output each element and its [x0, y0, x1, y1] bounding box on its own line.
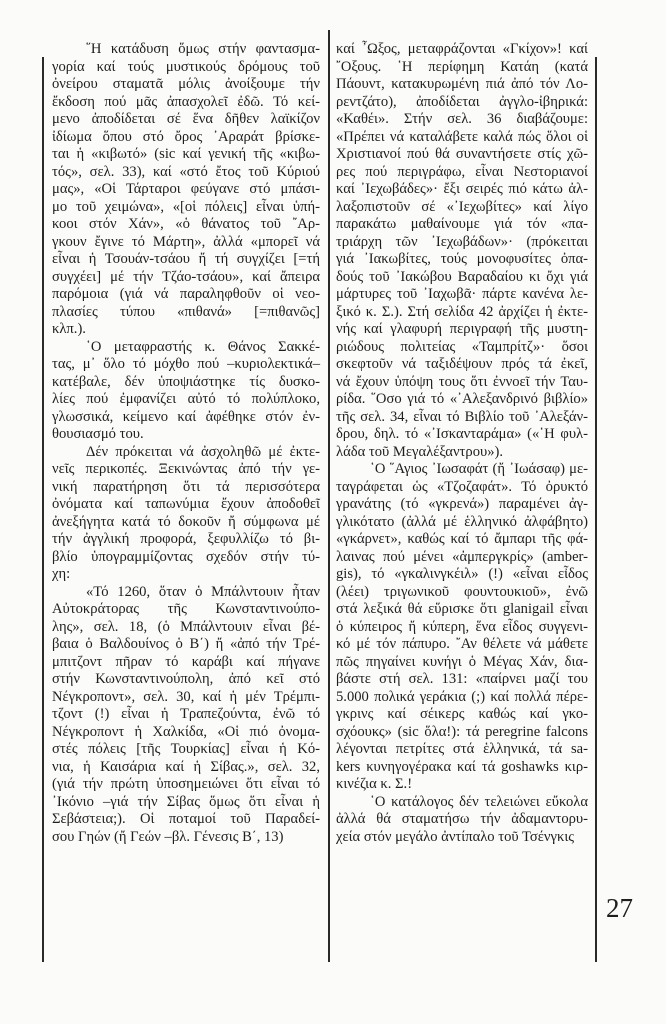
paragraph: ῞Η κατάδυση ὅμως στήν φαντασμα-γορία καί…	[52, 41, 320, 339]
text-line: «Καθέι». Στήν σελ. 36 διαβάζουμε:	[336, 111, 588, 129]
text-line: γλικότατο (ἀλλά μέ ἑλληνικό ἀλφάβητο)	[336, 514, 588, 532]
text-line: μενο ἀποδίδεται σέ ἕνα δῆθεν λαϊκίζον	[52, 111, 320, 129]
text-line: δρου, δηλ. τό «᾿Ισκανταράμα» («῾Η φυλ-	[336, 426, 588, 444]
text-line: τριάρχη τῶν ᾿Ιεχωβάδων»· (πρόκειται	[336, 234, 588, 252]
paragraph: Δέν πρόκειται νά ἀσχοληθῶ μέ ἐκτε-νεῖς π…	[52, 444, 320, 584]
text-line: συγχέει] μέ τήν Τζάο-τσάου», καί ἄπειρα	[52, 269, 320, 287]
text-line: Χριστιανοί πού θά συναντήσετε στίς χῶ-	[336, 146, 588, 164]
paragraph: «Τό 1260, ὅταν ὁ Μπάλντουιν ἦτανΑὐτοκράτ…	[52, 584, 320, 847]
text-line: λαινας πού μένει «ἀμπεργκρίς» (amber-	[336, 549, 588, 567]
text-line: νά ἔχουν ὑπόψη τους ὅτι ἐννοεῖ τήν Ταυ-	[336, 374, 588, 392]
text-line: ὀνείρου σταματᾶ μόλις ἀνοίξουμε τήν	[52, 76, 320, 94]
text-line: ῞Η κατάδυση ὅμως στήν φαντασμα-	[52, 41, 320, 59]
text-line: ται ἡ «κιβωτό» (sic καί γενική τῆς «κιβω…	[52, 146, 320, 164]
text-line: σκεφτοῦν νά ταξιδέψουν πρός τά ἐκεῖ,	[336, 356, 588, 374]
text-line: Σεβάστεια;). Οἱ ποταμοί τοῦ Παραδεί-	[52, 811, 320, 829]
text-line: βάστε στή σελ. 131: «παίρνει μαζί του	[336, 671, 588, 689]
text-line: τας, μ᾿ ὅλο τό μόχθο πού –κυριολεκτικά–	[52, 356, 320, 374]
center-column-rule	[328, 30, 330, 962]
paragraph: ῾Ο κατάλογος δέν τελειώνει εὔκολαἀλλά θά…	[336, 794, 588, 847]
page-number: 27	[606, 893, 633, 924]
right-column: καί ῏Ωξος, μεταφράζονται «Γκίχον»! καί῎Ο…	[336, 41, 588, 846]
text-line: ἀλλά θά σταματήσω τήν ἀδαμαντορυ-	[336, 811, 588, 829]
text-line: χη:	[52, 566, 320, 584]
text-line: kers κυνηγογέρακα καί τά goshawks κιρ-	[336, 759, 588, 777]
text-line: βλίο ὑπογραμμίζοντας σχεδόν στήν τύ-	[52, 549, 320, 567]
text-line: δούς τοῦ ᾿Ιακώβου Βαραδαίου κι ὄχι γιά	[336, 269, 588, 287]
text-line: gis), τό «γκαλινγκέιλ» (!) «εἶναι εἶδος	[336, 566, 588, 584]
text-line: τήν ἀγγλική προφορά, ξεφυλλίζω τό βι-	[52, 531, 320, 549]
text-line: ταγράφεται ὡς «Τζοζαφάτ». Τό ὀρυκτό	[336, 479, 588, 497]
text-line: ῎Οξους. ῾Η περίφημη Κατάη (κατά	[336, 59, 588, 77]
text-line: μο τοῦ χειμώνα», «[οἱ πόλεις] εἶναι ὑπή-	[52, 199, 320, 217]
text-line: ἔκδοση πού μᾶς ἀπασχολεῖ ἐδῶ. Τό κεί-	[52, 94, 320, 112]
text-line: εἶναι ἡ Τσουάν-τσάου ἤ τή συγχίζει [=τή	[52, 251, 320, 269]
text-line: παρόμοια (γιά νά παραληφθοῦν οἱ νεο-	[52, 286, 320, 304]
text-line: καί ᾿Ιεχωβάδες»· ἔξι σειρές πιό κάτω ἀλ-	[336, 181, 588, 199]
text-line: λέγονται πετρίτες στά ἑλληνικά, τά sa-	[336, 741, 588, 759]
text-line: Πάουντ, κατακυρωμένη πιά ἀπό τόν Λο-	[336, 76, 588, 94]
text-line: νεῖς περικοπές. Ξεκινώντας ἀπό τήν γε-	[52, 461, 320, 479]
text-line: λίες πού ἐμφανίζει αὐτό τό πολύπλοκο,	[52, 391, 320, 409]
text-line: κινέζια κ. Σ.!	[336, 776, 588, 794]
text-line: ῾Ο ῞Αγιος ᾿Ιωσαφάτ (ἤ ᾿Ιωάσαφ) με-	[336, 461, 588, 479]
text-line: ξικό κ. Σ.). Στή σελίδα 42 ἀρχίζει ἡ ἐκτ…	[336, 304, 588, 322]
text-line: σχόουκς» (sic ὅλα!): τά peregrine falcon…	[336, 724, 588, 742]
text-line: παρακάτω μαθαίνουμε γιά τόν «πα-	[336, 216, 588, 234]
text-line: λαξοπιστοῦν σέ «᾿Ιεχωβίτες» καί λίγο	[336, 199, 588, 217]
text-line: «Πρέπει νά καταλάβετε καλά πώς ὅλοι οἱ	[336, 129, 588, 147]
paragraph: καί ῏Ωξος, μεταφράζονται «Γκίχον»! καί῎Ο…	[336, 41, 588, 461]
text-line: τῆς σελ. 34, εἶναι τό Βιβλίο τοῦ ᾿Αλεξάν…	[336, 409, 588, 427]
text-line: (γιά τήν πρώτη ὑποσημειώνει ὅτι εἶναι τό	[52, 776, 320, 794]
text-line: γορία καί τούς μυστικούς δρόμους τοῦ	[52, 59, 320, 77]
text-line: Δέν πρόκειται νά ἀσχοληθῶ μέ ἐκτε-	[52, 444, 320, 462]
text-line: βαια ὁ Βαλδουίνος ὁ Β΄) ἤ «ἀπό τήν Τρέ-	[52, 636, 320, 654]
text-line: μας», «Οἱ Τάρταροι φεύγανε στό μπάσι-	[52, 181, 320, 199]
text-line: θουσιασμό του.	[52, 426, 320, 444]
text-line: μπιτζοντ πῆραν τό καράβι καί πήγανε	[52, 654, 320, 672]
text-line: τζοντ (!) εἶναι ἡ Τραπεζούντα, ἐνῶ τό	[52, 706, 320, 724]
text-line: στές πόλεις [τῆς Τουρκίας] εἶναι ἡ Κό-	[52, 741, 320, 759]
text-line: ῾Ο κατάλογος δέν τελειώνει εὔκολα	[336, 794, 588, 812]
text-line: ριώδους πολιτείας «Ταμπρίτζ»· ὅσοι	[336, 339, 588, 357]
text-line: 5.000 πολικά γεράκια (;) καί πολλά πέρε-	[336, 689, 588, 707]
text-line: τός», σελ. 33), καί «στό ἔτος τοῦ Κύριού	[52, 164, 320, 182]
text-line: γλωσσικά, κείμενο καί ἀφέθηκε στόν ἐν-	[52, 409, 320, 427]
left-column: ῞Η κατάδυση ὅμως στήν φαντασμα-γορία καί…	[52, 41, 320, 846]
right-column-rule	[595, 57, 597, 962]
text-line: ρες πού περιγράφω, εἶναι Νεστοριανοί	[336, 164, 588, 182]
text-line: στά λεξικά θά εὕρισκε ὅτι glanigail εἶνα…	[336, 601, 588, 619]
text-line: καί ῏Ωξος, μεταφράζονται «Γκίχον»! καί	[336, 41, 588, 59]
text-line: Νέγκροποντ», σελ. 30, καί ἡ μέν Τρέμπι-	[52, 689, 320, 707]
text-line: κλπ.).	[52, 321, 320, 339]
text-line: κό μέ τόν πάπυρο. ῎Αν θέλετε νά μάθετε	[336, 636, 588, 654]
text-line: ἀνεξήγητα κατά τό δοκοῦν ἤ σύμφωνα μέ	[52, 514, 320, 532]
text-line: ρεντζάτο), ἀποδίδεται ἀγγλο-ἰβηρικά:	[336, 94, 588, 112]
text-line: πλασίες τύπου «πιθανά» [=πιθανῶς]	[52, 304, 320, 322]
text-line: ἰδίωμα ὅπου στό ὄρος ᾿Αραράτ βρίσκε-	[52, 129, 320, 147]
text-line: Νέγκροποντ ἡ Χαλκίδα, «Οἱ πιό ὀνομα-	[52, 724, 320, 742]
paragraph: ῾Ο μεταφραστής κ. Θάνος Σακκέ-τας, μ᾿ ὅλ…	[52, 339, 320, 444]
text-line: νής καί γλαφυρή περιγραφή τῆς μυστη-	[336, 321, 588, 339]
text-line: ῾Ο μεταφραστής κ. Θάνος Σακκέ-	[52, 339, 320, 357]
left-column-rule	[42, 57, 44, 962]
text-line: (λέει) τριγωνικοῦ φουντουκιοῦ», ἐνῶ	[336, 584, 588, 602]
text-line: λάδα τοῦ Μεγαλέξαντρου»).	[336, 444, 588, 462]
text-line: χεία στόν μεγάλο ἀντίπαλο τοῦ Τσένγκις	[336, 829, 588, 847]
text-line: «Τό 1260, ὅταν ὁ Μπάλντουιν ἦταν	[52, 584, 320, 602]
text-line: γιά ᾿Ιακωβίτες, τούς μονοφυσίτες ὀπα-	[336, 251, 588, 269]
text-line: ὁ κύπειρος ἤ κύπερη, ἕνα εἶδος συγγενι-	[336, 619, 588, 637]
paragraph: ῾Ο ῞Αγιος ᾿Ιωσαφάτ (ἤ ᾿Ιωάσαφ) με-ταγράφ…	[336, 461, 588, 794]
text-line: ᾿Ικόνιο –γιά τήν Σίβας ὅμως ὅτι εἶναι ἡ	[52, 794, 320, 812]
text-line: νική παρατήρηση ὅτι τά περισσότερα	[52, 479, 320, 497]
text-line: ὀνόματα καί ταπωνύμια ἔχουν ἀποδοθεῖ	[52, 496, 320, 514]
text-line: νια, ἡ Καισάρια καί ἡ Σίβας.», σελ. 32,	[52, 759, 320, 777]
text-line: γκρινς καί σέικερς καθώς καί γκο-	[336, 706, 588, 724]
text-line: «γκάρνετ», καθώς καί τό ἄμπαρι τῆς φά-	[336, 531, 588, 549]
text-line: σου Γηών (ἤ Γεών –βλ. Γένεσις Β΄, 13)	[52, 829, 320, 847]
text-line: γκουν ἔγινε τό Μάρτη», ἀλλά «μπορεῖ νά	[52, 234, 320, 252]
text-line: στήν Κωνσταντινούπολη, ἀπό κεῖ στό	[52, 671, 320, 689]
text-line: Αὐτοκράτορας τῆς Κωνσταντινούπο-	[52, 601, 320, 619]
text-line: λης», σελ. 18, (ὁ Μπάλντουιν εἶναι βέ-	[52, 619, 320, 637]
text-line: πῶς πηγαίνει κυνήγι ὁ Μέγας Χάν, δια-	[336, 654, 588, 672]
text-line: μάρτυρες τοῦ ᾿Ιαχωβᾶ· πάρτε κανένα λε-	[336, 286, 588, 304]
text-line: γρανάτης (τό «γκρενά») παραμένει ἀγ-	[336, 496, 588, 514]
text-line: κοοι στόν Χάν», «ὁ θάνατος τοῦ ῎Αρ-	[52, 216, 320, 234]
text-line: κατέβαλε, δέν ὑποψιάστηκε τίς δυσκο-	[52, 374, 320, 392]
text-line: ρίδα. ῞Οσο γιά τό «᾿Αλεξανδρινό βιβλίο»	[336, 391, 588, 409]
